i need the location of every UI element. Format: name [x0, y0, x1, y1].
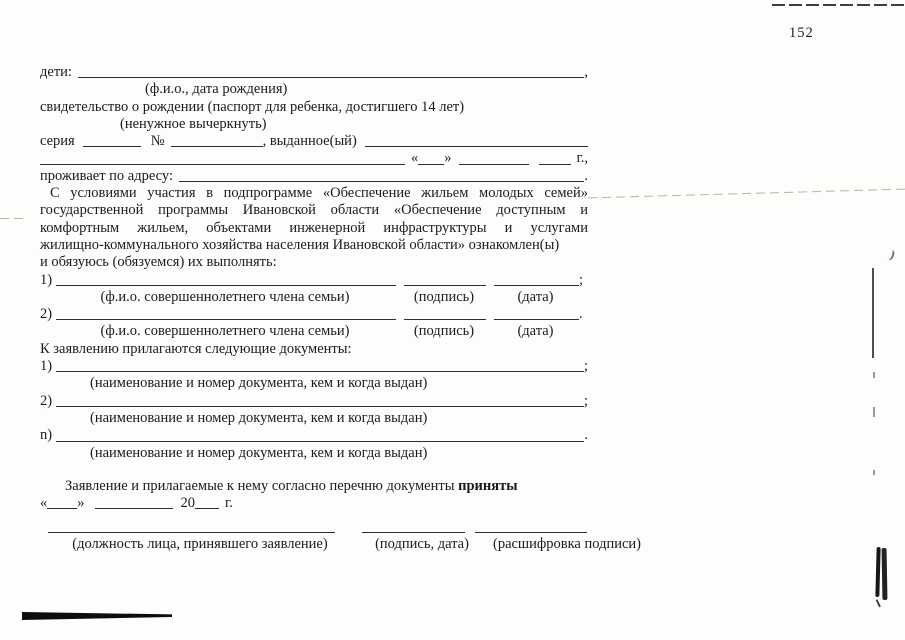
official-name-blank-field	[475, 532, 587, 533]
member-sign-blank-field	[404, 285, 486, 286]
children-caption: (ф.и.о., дата рождения)	[40, 81, 588, 98]
scan-artifact-ink-blob	[882, 548, 888, 600]
member-fio-blank-field	[56, 285, 396, 286]
day-blank-field	[47, 508, 77, 509]
document-blank-field	[56, 371, 584, 372]
document-caption: (наименование и номер документа, кем и к…	[40, 445, 588, 462]
year-suffix: г.,	[576, 150, 588, 167]
scan-artifact-speck	[873, 470, 875, 475]
children-field-row: дети: ,	[40, 64, 588, 81]
document-blank-field	[56, 441, 584, 442]
address-row: проживает по адресу: .	[40, 168, 588, 185]
official-sign-blank-field	[362, 532, 465, 533]
scan-artifact-speck	[873, 372, 875, 378]
number-sign: №	[151, 133, 165, 150]
member-fio-blank-field	[56, 319, 396, 320]
official-position-blank-field	[48, 532, 335, 533]
document-row: 2) ;	[40, 393, 588, 410]
document-row: 1) ;	[40, 358, 588, 375]
row-number: 1)	[40, 272, 56, 289]
sign-date-caption: (подпись, дата)	[368, 536, 476, 553]
issued-by-blank-field	[365, 146, 588, 147]
member-signature-captions: (ф.и.о. совершеннолетнего члена семьи) (…	[40, 289, 588, 306]
issue-date-row: « » г.,	[40, 150, 588, 167]
quote-open: «	[411, 150, 418, 167]
acceptance-text-bold: приняты	[458, 478, 517, 494]
children-label: дети:	[40, 64, 72, 81]
member-date-blank-field	[494, 285, 579, 286]
scan-artifact-top-edge	[772, 4, 905, 6]
member-sign-blank-field	[404, 319, 486, 320]
member-date-blank-field	[494, 319, 579, 320]
month-blank-field	[95, 508, 173, 509]
series-label: серия	[40, 133, 75, 150]
acceptance-text: Заявление и прилагаемые к нему согласно …	[65, 478, 454, 494]
row-number: 2)	[40, 306, 56, 323]
acceptance-date-row: « » 20 г.	[40, 495, 588, 512]
document-caption: (наименование и номер документа, кем и к…	[40, 375, 588, 392]
scan-artifact-right-line	[872, 268, 874, 358]
issued-label: , выданное(ый)	[263, 133, 357, 150]
document-caption: (наименование и номер документа, кем и к…	[40, 410, 588, 427]
form-body: дети: , (ф.и.о., дата рождения) свидетел…	[40, 64, 588, 553]
terms-line-1: С условиями участия в подпрограмме «Обес…	[40, 185, 588, 202]
series-blank-field	[83, 146, 141, 147]
page-number: 152	[789, 25, 814, 42]
scan-artifact-bottom-bar	[22, 612, 172, 620]
address-label: проживает по адресу:	[40, 168, 173, 185]
position-caption: (должность лица, принявшего заявление)	[50, 536, 350, 553]
scan-artifact-speck	[873, 407, 875, 417]
quote-close: »	[77, 495, 84, 512]
document-row: n) .	[40, 427, 588, 444]
scan-artifact-left-dashes	[0, 218, 26, 219]
series-row: серия № , выданное(ый)	[40, 133, 588, 150]
documents-intro: К заявлению прилагаются следующие докуме…	[40, 341, 588, 358]
row-tail: ;	[579, 272, 583, 289]
acceptance-line: Заявление и прилагаемые к нему согласно …	[40, 478, 588, 495]
children-blank-field	[78, 77, 584, 78]
terms-line-3: комфортным жильем, объектами инженерной …	[40, 220, 588, 237]
year-blank-field	[539, 164, 571, 165]
member-signature-row: 1) ;	[40, 272, 588, 289]
document-blank-field	[56, 406, 584, 407]
row-tail: .	[579, 306, 583, 323]
birth-certificate-line: свидетельство о рождении (паспорт для ре…	[40, 99, 588, 116]
terms-line-2: государственной программы Ивановской обл…	[40, 202, 588, 219]
address-period: .	[584, 168, 588, 185]
fio-caption: (ф.и.о. совершеннолетнего члена семьи)	[55, 323, 395, 340]
quote-open: «	[40, 495, 47, 512]
strike-note: (ненужное вычеркнуть)	[40, 116, 588, 133]
sign-caption: (подпись)	[403, 323, 485, 340]
day-blank-field	[418, 164, 444, 165]
row-number: 1)	[40, 358, 56, 375]
issued-by-continuation-field	[40, 164, 405, 165]
century-text: 20	[181, 495, 196, 512]
row-tail: ;	[584, 393, 588, 410]
scan-artifact-faint-line	[588, 189, 905, 199]
member-signature-captions: (ф.и.о. совершеннолетнего члена семьи) (…	[40, 323, 588, 340]
children-comma: ,	[584, 64, 588, 81]
sign-caption: (подпись)	[403, 289, 485, 306]
official-signature-captions: (должность лица, принявшего заявление) (…	[40, 536, 588, 553]
date-caption: (дата)	[493, 289, 578, 306]
month-blank-field	[459, 164, 529, 165]
scanned-application-form-page: 152 дети: , (ф.и.о., дата рождения) свид…	[0, 0, 905, 640]
terms-line-4: жилищно-коммунального хозяйства населени…	[40, 237, 588, 254]
year-blank-field	[195, 508, 219, 509]
decryption-caption: (расшифровка подписи)	[482, 536, 652, 553]
date-caption: (дата)	[493, 323, 578, 340]
number-blank-field	[171, 146, 263, 147]
year-suffix: г.	[225, 495, 233, 512]
address-blank-field	[179, 181, 584, 182]
row-tail: .	[584, 427, 588, 444]
quote-close: »	[444, 150, 451, 167]
member-signature-row: 2) .	[40, 306, 588, 323]
row-tail: ;	[584, 358, 588, 375]
scan-artifact-squiggle	[883, 248, 896, 262]
official-signature-row	[40, 518, 588, 535]
terms-line-5: и обязуюсь (обязуемся) их выполнять:	[40, 254, 588, 271]
scan-artifact-ink-blob	[875, 547, 880, 597]
fio-caption: (ф.и.о. совершеннолетнего члена семьи)	[55, 289, 395, 306]
row-number: n)	[40, 427, 56, 444]
row-number: 2)	[40, 393, 56, 410]
